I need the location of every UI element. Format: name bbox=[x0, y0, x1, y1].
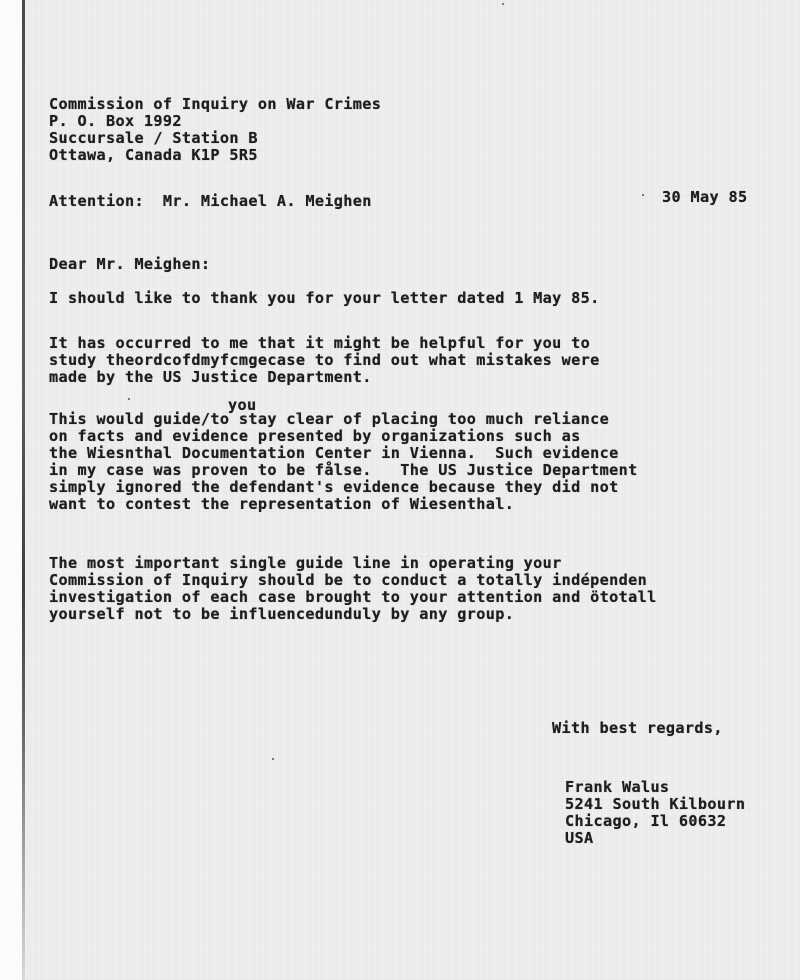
signature-address: 5241 South Kilbourn bbox=[565, 796, 745, 813]
paragraph-line: the Wiesnthal Documentation Center in Vi… bbox=[49, 445, 619, 462]
paragraph-line: This would guide/to stay clear of placin… bbox=[49, 411, 609, 428]
paragraph-line: simply ignored the defendant's evidence … bbox=[49, 479, 619, 496]
recipient-line: Ottawa, Canada K1P 5R5 bbox=[49, 147, 258, 164]
scan-margin bbox=[0, 0, 22, 980]
paragraph-line: yourself not to be influencedunduly by a… bbox=[49, 606, 514, 623]
salutation: Dear Mr. Meighen: bbox=[49, 256, 210, 273]
scan-speck bbox=[272, 758, 274, 760]
paragraph-line: investigation of each case brought to yo… bbox=[49, 589, 657, 606]
signature-name: Frank Walus bbox=[565, 779, 669, 796]
signature-address: USA bbox=[565, 830, 593, 847]
paragraph-line: want to contest the representation of Wi… bbox=[49, 496, 514, 513]
recipient-line: Commission of Inquiry on War Crimes bbox=[49, 96, 381, 113]
scan-speck bbox=[642, 194, 644, 196]
paragraph-line: It has occurred to me that it might be h… bbox=[49, 335, 590, 352]
scan-speck bbox=[128, 398, 130, 400]
paragraph-line: in my case was proven to be fålse. The U… bbox=[49, 462, 638, 479]
paragraph-line: made by the US Justice Department. bbox=[49, 369, 372, 386]
scan-speck bbox=[502, 3, 504, 5]
paragraph-line: on facts and evidence presented by organ… bbox=[49, 428, 581, 445]
signature-address: Chicago, Il 60632 bbox=[565, 813, 726, 830]
attention-line: Attention: Mr. Michael A. Meighen bbox=[49, 193, 372, 210]
paragraph-line: Commission of Inquiry should be to condu… bbox=[49, 572, 647, 589]
paragraph-line: study theordcofdmyfcmgecase to find out … bbox=[49, 352, 600, 369]
letter-date: 30 May 85 bbox=[662, 188, 747, 206]
paragraph-line: I should like to thank you for your lett… bbox=[49, 290, 600, 307]
recipient-line: Succursale / Station B bbox=[49, 130, 258, 147]
paragraph-line: The most important single guide line in … bbox=[49, 555, 562, 572]
recipient-line: P. O. Box 1992 bbox=[49, 113, 182, 130]
closing: With best regards, bbox=[552, 720, 723, 737]
